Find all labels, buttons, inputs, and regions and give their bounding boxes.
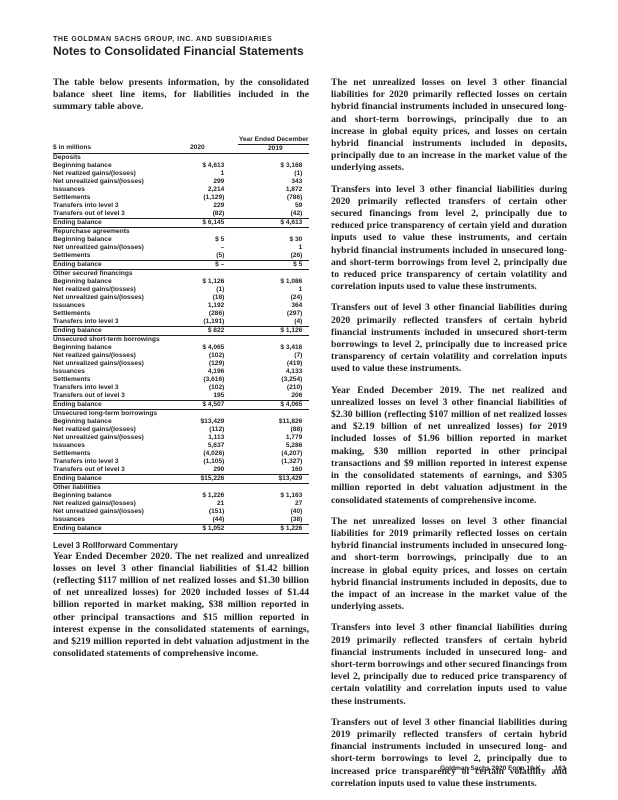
spacer xyxy=(224,202,238,210)
spacer xyxy=(238,442,248,450)
spacer xyxy=(302,278,309,286)
table-row: Transfers out of level 3195206 xyxy=(53,392,309,401)
spacer xyxy=(160,524,170,533)
spacer xyxy=(160,450,170,458)
spacer xyxy=(224,260,238,269)
ending-balance-row: Ending balance$15,226$13,429 xyxy=(53,474,309,483)
table-row: Settlements(4,026)(4,207) xyxy=(53,450,309,458)
value-2020: $13,429 xyxy=(170,418,224,426)
spacer xyxy=(224,384,238,392)
value-2020: (18) xyxy=(170,294,224,302)
commentary-paragraph: Year Ended December 2020. The net realiz… xyxy=(53,551,309,661)
spacer xyxy=(238,352,248,360)
value-2019: (24) xyxy=(248,294,302,302)
spacer xyxy=(238,466,248,475)
value-2020: $ 6,145 xyxy=(170,218,224,227)
spacer xyxy=(238,360,248,368)
row-label: Beginning balance xyxy=(53,278,160,286)
spacer xyxy=(224,450,238,458)
row-label: Beginning balance xyxy=(53,162,160,170)
spacer xyxy=(224,210,238,219)
spacer xyxy=(302,492,309,500)
row-label: Ending balance xyxy=(53,326,160,335)
value-2020: $ 822 xyxy=(170,326,224,335)
spacer xyxy=(302,326,309,335)
table-row: Transfers into level 3(102)(210) xyxy=(53,384,309,392)
spacer xyxy=(160,286,170,294)
value-2019: 1,779 xyxy=(248,434,302,442)
spacer xyxy=(160,210,170,219)
body-paragraph: Transfers out of level 3 other financial… xyxy=(331,717,567,790)
value-2019: (88) xyxy=(248,426,302,434)
section-title: Unsecured short-term borrowings xyxy=(53,335,309,344)
spacer xyxy=(302,426,309,434)
spacer xyxy=(160,426,170,434)
spacer xyxy=(238,170,248,178)
spacer xyxy=(224,218,238,227)
value-2019: 4,133 xyxy=(248,368,302,376)
value-2020: (102) xyxy=(170,384,224,392)
spacer xyxy=(160,326,170,335)
spacer xyxy=(224,286,238,294)
value-2019: (3,254) xyxy=(248,376,302,384)
table-row: Settlements(286)(297) xyxy=(53,310,309,318)
spacer xyxy=(302,434,309,442)
spacer xyxy=(238,302,248,310)
value-2020: (112) xyxy=(170,426,224,434)
value-2019: $ 3,168 xyxy=(248,162,302,170)
spacer xyxy=(224,326,238,335)
spacer xyxy=(160,186,170,194)
value-2019: 5,286 xyxy=(248,442,302,450)
spacer xyxy=(160,400,170,409)
ending-balance-row: Ending balance$ 4,507$ 4,065 xyxy=(53,400,309,409)
ending-balance-row: Ending balance$ 6,145$ 4,613 xyxy=(53,218,309,227)
spacer xyxy=(160,418,170,426)
spacer xyxy=(224,170,238,178)
spacer xyxy=(224,426,238,434)
table-row: Beginning balance$ 1,126$ 1,086 xyxy=(53,278,309,286)
spacer xyxy=(302,318,309,327)
value-2019: $ 1,086 xyxy=(248,278,302,286)
value-2020: 290 xyxy=(170,466,224,475)
value-2020: $ 1,126 xyxy=(170,278,224,286)
spacer xyxy=(238,202,248,210)
spacer xyxy=(238,450,248,458)
spacer xyxy=(224,524,238,533)
row-label: Issuances xyxy=(53,302,160,310)
spacer xyxy=(160,318,170,327)
body-paragraph: The net unrealized losses on level 3 oth… xyxy=(331,77,567,175)
section-title: Repurchase agreements xyxy=(53,227,309,236)
value-2020: $ 4,613 xyxy=(170,162,224,170)
spacer xyxy=(160,194,170,202)
year-caption: Year Ended December xyxy=(238,136,309,145)
spacer xyxy=(302,400,309,409)
spacer xyxy=(160,352,170,360)
spacer xyxy=(224,318,238,327)
spacer xyxy=(224,400,238,409)
spacer xyxy=(224,194,238,202)
value-2020: 21 xyxy=(170,500,224,508)
spacer xyxy=(302,376,309,384)
table-row: Issuances5,6375,286 xyxy=(53,442,309,450)
right-column: The net unrealized losses on level 3 oth… xyxy=(331,77,567,799)
value-2019: $ 1,226 xyxy=(248,524,302,533)
value-2020: $ 5 xyxy=(170,236,224,244)
row-label: Net unrealized gains/(losses) xyxy=(53,508,160,516)
spacer xyxy=(238,326,248,335)
spacer xyxy=(302,500,309,508)
row-label: Ending balance xyxy=(53,474,160,483)
table-row: Transfers out of level 3(82)(42) xyxy=(53,210,309,219)
spacer xyxy=(302,352,309,360)
spacer xyxy=(302,418,309,426)
section-title-row: Unsecured short-term borrowings xyxy=(53,335,309,344)
paragraph-text: The net realized and unrealized losses o… xyxy=(331,385,567,506)
row-label: Ending balance xyxy=(53,524,160,533)
spacer xyxy=(238,244,248,252)
commentary-text: The net realized and unrealized losses o… xyxy=(53,551,309,660)
spacer xyxy=(160,162,170,170)
row-label: Net realized gains/(losses) xyxy=(53,500,160,508)
table-row: Beginning balance$ 1,226$ 1,163 xyxy=(53,492,309,500)
spacer xyxy=(302,236,309,244)
spacer xyxy=(224,442,238,450)
table-row: Beginning balance$ 5$ 30 xyxy=(53,236,309,244)
body-paragraph: Transfers out of level 3 other financial… xyxy=(331,302,567,375)
row-label: Ending balance xyxy=(53,400,160,409)
spacer xyxy=(160,376,170,384)
row-label: Transfers into level 3 xyxy=(53,318,160,327)
spacer xyxy=(238,318,248,327)
row-label: Issuances xyxy=(53,368,160,376)
section-title: Deposits xyxy=(53,153,309,162)
value-2019: 160 xyxy=(248,466,302,475)
value-2020: $ 1,226 xyxy=(170,492,224,500)
row-label: Net unrealized gains/(losses) xyxy=(53,244,160,252)
value-2020: $ – xyxy=(170,260,224,269)
spacer xyxy=(224,244,238,252)
section-title: Other secured financings xyxy=(53,269,309,278)
row-label: Issuances xyxy=(53,186,160,194)
spacer xyxy=(224,294,238,302)
value-2020: 1,192 xyxy=(170,302,224,310)
value-2020: (151) xyxy=(170,508,224,516)
value-2019: (786) xyxy=(248,194,302,202)
table-row: Net realized gains/(losses)(112)(88) xyxy=(53,426,309,434)
spacer xyxy=(160,384,170,392)
spacer xyxy=(160,492,170,500)
paragraph-text: The net unrealized losses on level 3 oth… xyxy=(331,77,567,173)
row-label: Beginning balance xyxy=(53,344,160,352)
table-row: Settlements(5)(26) xyxy=(53,252,309,261)
spacer xyxy=(160,310,170,318)
row-label: Net unrealized gains/(losses) xyxy=(53,434,160,442)
row-label: Issuances xyxy=(53,516,160,525)
ending-balance-row: Ending balance$ 822$ 1,126 xyxy=(53,326,309,335)
spacer xyxy=(238,294,248,302)
table-row: Transfers out of level 3290160 xyxy=(53,466,309,475)
table-row: Issuances(44)(38) xyxy=(53,516,309,525)
spacer xyxy=(238,186,248,194)
value-2020: 2,214 xyxy=(170,186,224,194)
spacer xyxy=(238,218,248,227)
spacer xyxy=(224,278,238,286)
paragraph-text: Transfers out of level 3 other financial… xyxy=(331,717,567,789)
left-column: The table below presents information, by… xyxy=(53,77,309,669)
value-2020: $ 1,052 xyxy=(170,524,224,533)
spacer xyxy=(224,344,238,352)
spacer xyxy=(160,178,170,186)
spacer xyxy=(238,162,248,170)
row-label: Settlements xyxy=(53,450,160,458)
spacer xyxy=(302,516,309,525)
ending-balance-row: Ending balance$ 1,052$ 1,226 xyxy=(53,524,309,533)
value-2019: (1) xyxy=(248,170,302,178)
value-2020: (1,191) xyxy=(170,318,224,327)
spacer xyxy=(302,302,309,310)
level3-rollforward-table: Year Ended December $ in millions 2020 2… xyxy=(53,136,309,534)
spacer xyxy=(302,260,309,269)
spacer xyxy=(302,344,309,352)
value-2020: 4,196 xyxy=(170,368,224,376)
spacer xyxy=(160,474,170,483)
row-label: Net unrealized gains/(losses) xyxy=(53,360,160,368)
value-2019: $ 1,163 xyxy=(248,492,302,500)
page-number: 163 xyxy=(555,765,566,772)
row-label: Net realized gains/(losses) xyxy=(53,426,160,434)
paragraph-text: Transfers out of level 3 other financial… xyxy=(331,302,567,374)
value-2020: (1,129) xyxy=(170,194,224,202)
value-2020: – xyxy=(170,244,224,252)
spacer xyxy=(160,368,170,376)
spacer xyxy=(224,376,238,384)
spacer xyxy=(224,352,238,360)
commentary-heading: Level 3 Rollforward Commentary xyxy=(53,540,309,551)
row-label: Transfers out of level 3 xyxy=(53,392,160,401)
spacer xyxy=(302,474,309,483)
commentary-lead: Year Ended December 2020. xyxy=(53,551,172,562)
spacer xyxy=(224,508,238,516)
spacer xyxy=(160,278,170,286)
value-2020: (102) xyxy=(170,352,224,360)
spacer xyxy=(302,286,309,294)
value-2019: $ 4,065 xyxy=(248,400,302,409)
value-2019: 343 xyxy=(248,178,302,186)
spacer xyxy=(302,294,309,302)
row-label: Beginning balance xyxy=(53,236,160,244)
page-title: Notes to Consolidated Financial Statemen… xyxy=(53,44,573,59)
footer-source: Goldman Sachs 2020 Form 10-K xyxy=(440,765,541,772)
table-row: Transfers into level 322959 xyxy=(53,202,309,210)
spacer xyxy=(224,252,238,261)
spacer xyxy=(160,466,170,475)
spacer xyxy=(224,434,238,442)
table-row: Settlements(3,616)(3,254) xyxy=(53,376,309,384)
spacer xyxy=(160,218,170,227)
spacer xyxy=(238,210,248,219)
table-row: Net unrealized gains/(losses)(151)(40) xyxy=(53,508,309,516)
spacer xyxy=(224,360,238,368)
value-2020: 5,637 xyxy=(170,442,224,450)
spacer xyxy=(302,186,309,194)
spacer xyxy=(302,450,309,458)
spacer xyxy=(302,466,309,475)
spacer xyxy=(160,392,170,401)
section-title-row: Deposits xyxy=(53,153,309,162)
table-row: Net unrealized gains/(losses)–1 xyxy=(53,244,309,252)
table-row: Transfers into level 3(1,105)(1,327) xyxy=(53,458,309,466)
row-label: Ending balance xyxy=(53,218,160,227)
spacer xyxy=(238,236,248,244)
value-2019: $ 3,416 xyxy=(248,344,302,352)
table-row: Net unrealized gains/(losses)1,1131,779 xyxy=(53,434,309,442)
spacer xyxy=(238,286,248,294)
spacer xyxy=(302,244,309,252)
spacer xyxy=(238,260,248,269)
value-2020: (4,026) xyxy=(170,450,224,458)
table-row: Net realized gains/(losses)(1)1 xyxy=(53,286,309,294)
paragraph-text: Transfers into level 3 other financial l… xyxy=(331,622,567,706)
value-2019: (210) xyxy=(248,384,302,392)
spacer xyxy=(224,492,238,500)
value-2019: 59 xyxy=(248,202,302,210)
row-label: Issuances xyxy=(53,442,160,450)
ending-balance-row: Ending balance$ –$ 5 xyxy=(53,260,309,269)
value-2020: $ 4,507 xyxy=(170,400,224,409)
spacer xyxy=(224,178,238,186)
value-2019: (38) xyxy=(248,516,302,525)
row-label: Transfers into level 3 xyxy=(53,202,160,210)
section-title-row: Other liabilities xyxy=(53,483,309,492)
spacer xyxy=(238,508,248,516)
paragraph-text: Transfers into level 3 other financial l… xyxy=(331,184,567,293)
section-title: Unsecured long-term borrowings xyxy=(53,409,309,418)
spacer xyxy=(224,392,238,401)
spacer xyxy=(302,202,309,210)
value-2019: $ 5 xyxy=(248,260,302,269)
table-row: Net unrealized gains/(losses)299343 xyxy=(53,178,309,186)
spacer xyxy=(160,260,170,269)
value-2019: $11,826 xyxy=(248,418,302,426)
row-label: Beginning balance xyxy=(53,492,160,500)
table-row: Issuances4,1964,133 xyxy=(53,368,309,376)
spacer xyxy=(302,252,309,261)
table-row: Net unrealized gains/(losses)(129)(419) xyxy=(53,360,309,368)
spacer xyxy=(160,500,170,508)
body-paragraph: Transfers into level 3 other financial l… xyxy=(331,184,567,294)
spacer xyxy=(224,368,238,376)
value-2019: (40) xyxy=(248,508,302,516)
spacer xyxy=(302,384,309,392)
spacer xyxy=(238,278,248,286)
spacer xyxy=(238,524,248,533)
row-label: Transfers out of level 3 xyxy=(53,210,160,219)
table-row: Net unrealized gains/(losses)(18)(24) xyxy=(53,294,309,302)
value-2020: (286) xyxy=(170,310,224,318)
spacer xyxy=(302,178,309,186)
spacer xyxy=(238,492,248,500)
value-2019: 364 xyxy=(248,302,302,310)
spacer xyxy=(238,368,248,376)
table-row: Net realized gains/(losses)(102)(7) xyxy=(53,352,309,360)
value-2020: (1) xyxy=(170,286,224,294)
spacer xyxy=(302,170,309,178)
spacer xyxy=(238,376,248,384)
value-2019: (4) xyxy=(248,318,302,327)
value-2019: 1 xyxy=(248,244,302,252)
spacer xyxy=(224,162,238,170)
row-label: Transfers into level 3 xyxy=(53,384,160,392)
spacer xyxy=(238,474,248,483)
value-2019: (1,327) xyxy=(248,458,302,466)
spacer xyxy=(238,516,248,525)
value-2020: (3,616) xyxy=(170,376,224,384)
spacer xyxy=(238,252,248,261)
table-row: Net realized gains/(losses)1(1) xyxy=(53,170,309,178)
spacer xyxy=(302,218,309,227)
spacer xyxy=(238,392,248,401)
paragraph-text: The net unrealized losses on level 3 oth… xyxy=(331,516,567,612)
year-col-1: 2020 xyxy=(170,144,224,153)
spacer xyxy=(160,244,170,252)
value-2020: $15,226 xyxy=(170,474,224,483)
section-title: Other liabilities xyxy=(53,483,309,492)
value-2020: 195 xyxy=(170,392,224,401)
value-2019: (297) xyxy=(248,310,302,318)
spacer xyxy=(238,500,248,508)
value-2020: 1 xyxy=(170,170,224,178)
spacer xyxy=(160,236,170,244)
company-name: The Goldman Sachs Group, Inc. and Subsid… xyxy=(53,35,573,44)
spacer xyxy=(302,210,309,219)
value-2019: 27 xyxy=(248,500,302,508)
spacer xyxy=(160,458,170,466)
table-row: Beginning balance$13,429$11,826 xyxy=(53,418,309,426)
spacer xyxy=(160,202,170,210)
spacer xyxy=(302,392,309,401)
spacer xyxy=(160,434,170,442)
spacer xyxy=(224,500,238,508)
value-2019: (4,207) xyxy=(248,450,302,458)
spacer xyxy=(224,236,238,244)
value-2020: 229 xyxy=(170,202,224,210)
value-2019: (26) xyxy=(248,252,302,261)
spacer xyxy=(302,368,309,376)
spacer xyxy=(302,524,309,533)
spacer xyxy=(160,294,170,302)
value-2019: (42) xyxy=(248,210,302,219)
spacer xyxy=(302,458,309,466)
spacer xyxy=(224,516,238,525)
row-label: Net realized gains/(losses) xyxy=(53,352,160,360)
table-intro: The table below presents information, by… xyxy=(53,77,309,114)
year-col-2: 2019 xyxy=(248,144,302,153)
row-label: Beginning balance xyxy=(53,418,160,426)
table-row: Beginning balance$ 4,065$ 3,416 xyxy=(53,344,309,352)
value-2019: $ 1,126 xyxy=(248,326,302,335)
page-header: The Goldman Sachs Group, Inc. and Subsid… xyxy=(53,35,573,59)
row-label: Settlements xyxy=(53,310,160,318)
spacer xyxy=(238,310,248,318)
spacer xyxy=(224,466,238,475)
table-row: Issuances1,192364 xyxy=(53,302,309,310)
spacer xyxy=(238,458,248,466)
spacer xyxy=(224,458,238,466)
spacer xyxy=(160,252,170,261)
value-2020: $ 4,065 xyxy=(170,344,224,352)
